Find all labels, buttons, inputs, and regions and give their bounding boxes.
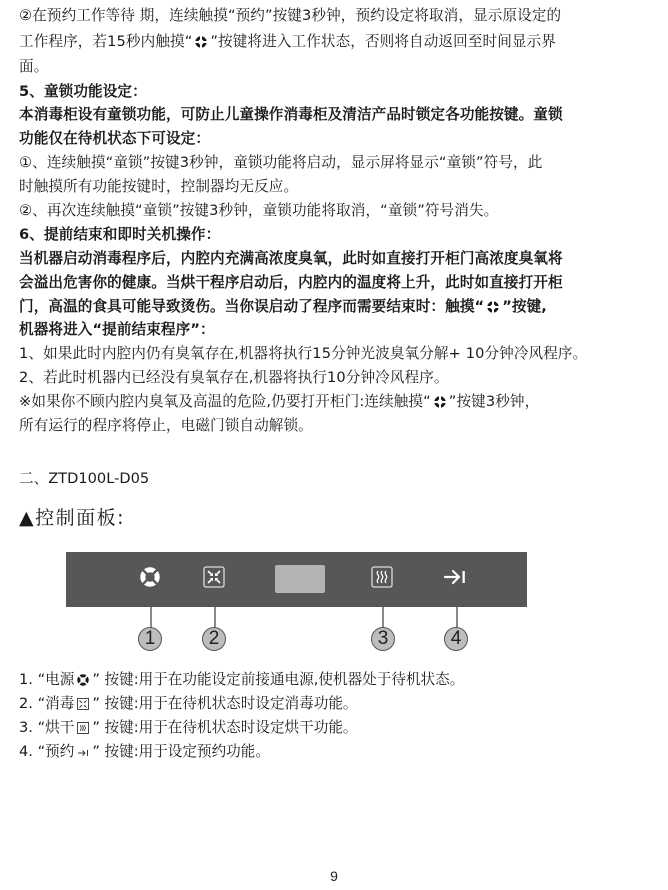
- power-ring-icon: [195, 36, 207, 48]
- arrow-to-bar-icon: [77, 748, 89, 758]
- text-segment: 1. “电源: [19, 671, 74, 688]
- text-line: 会溢出危害你的健康。当烘干程序启动后，内腔内的温度将上升，此时如直接打开柜: [19, 273, 563, 293]
- text-segment: 工作程序，若15秒内触摸“: [19, 33, 192, 50]
- reserve-button[interactable]: [442, 566, 468, 592]
- text-segment: ”按键将进入工作状态，否则将自动返回至时间显示界: [210, 33, 556, 50]
- description-disinfect: 2. “消毒” 按键:用于在待机状态时设定消毒功能。: [19, 694, 358, 714]
- text-line: 门，高温的食具可能导致烫伤。当你误启动了程序而需要结束时：触摸“”按键,: [19, 297, 547, 317]
- disinfect-button[interactable]: [201, 566, 227, 592]
- callout-2: 2: [202, 627, 226, 651]
- text-segment: ” 按键:用于设定预约功能。: [92, 743, 270, 760]
- power-button[interactable]: [137, 566, 163, 592]
- panel-title: ▲控制面板:: [19, 505, 125, 531]
- text-segment: 门，高温的食具可能导致烫伤。当你误启动了程序而需要结束时：触摸“: [19, 298, 484, 315]
- heat-waves-icon: [77, 722, 89, 734]
- leader-line: [456, 607, 458, 628]
- power-ring-icon: [434, 396, 446, 408]
- leader-line: [214, 607, 216, 628]
- arrow-to-bar-icon: [443, 567, 467, 591]
- leader-line: [150, 607, 152, 628]
- text-line: 面。: [19, 57, 48, 77]
- text-segment: ※如果你不顾内腔内臭氧及高温的危险,仍要打开柜门:连续触摸“: [19, 393, 431, 410]
- text-line: 2、若此时机器内已经没有臭氧存在,机器将执行10分钟冷风程序。: [19, 368, 449, 388]
- leader-line: [382, 607, 384, 628]
- power-ring-icon: [487, 301, 499, 313]
- dry-button[interactable]: [369, 566, 395, 592]
- model-heading: 二、ZTD100L-D05: [19, 469, 149, 489]
- text-line: 工作程序，若15秒内触摸“”按键将进入工作状态，否则将自动返回至时间显示界: [19, 32, 556, 52]
- manual-page: ②在预约工作等待 期，连续触摸“预约”按键3秒钟，预约设定将取消，显示原设定的 …: [0, 0, 668, 890]
- text-line: 本消毒柜设有童锁功能，可防止儿童操作消毒柜及清洁产品时锁定各功能按键。童锁: [19, 105, 563, 125]
- power-ring-icon: [77, 674, 89, 686]
- text-segment: 4. “预约: [19, 743, 74, 760]
- page-number: 9: [0, 868, 668, 884]
- description-dry: 3. “烘干” 按键:用于在待机状态时设定烘干功能。: [19, 718, 358, 738]
- callout-3: 3: [371, 627, 395, 651]
- text-segment: 3. “烘干: [19, 719, 74, 736]
- text-line: 所有运行的程序将停止，电磁门锁自动解锁。: [19, 416, 313, 436]
- text-line: 1、如果此时内腔内仍有臭氧存在,机器将执行15分钟光波臭氧分解+ 10分钟冷风程…: [19, 344, 587, 364]
- text-line: ※如果你不顾内腔内臭氧及高温的危险,仍要打开柜门:连续触摸“”按键3秒钟，: [19, 392, 539, 412]
- text-line: ②、再次连续触摸“童锁”按键3秒钟，童锁功能将取消，“童锁”符号消失。: [19, 201, 498, 221]
- text-segment: ” 按键:用于在功能设定前接通电源,使机器处于待机状态。: [92, 671, 464, 688]
- text-segment: 2. “消毒: [19, 695, 74, 712]
- disinfect-arrows-icon: [203, 566, 225, 592]
- text-segment: ”按键,: [502, 298, 547, 315]
- description-power: 1. “电源” 按键:用于在功能设定前接通电源,使机器处于待机状态。: [19, 670, 464, 690]
- text-segment: ” 按键:用于在待机状态时设定烘干功能。: [92, 719, 357, 736]
- text-line: ①、连续触摸“童锁”按键3秒钟，童锁功能将启动，显示屏将显示“童锁”符号，此: [19, 153, 542, 173]
- power-ring-icon: [139, 566, 161, 592]
- callout-1: 1: [138, 627, 162, 651]
- callout-4: 4: [444, 627, 468, 651]
- display-window: [275, 565, 325, 593]
- text-line: 功能仅在待机状态下可设定：: [19, 129, 210, 149]
- section-heading: 6、提前结束和即时关机操作：: [19, 225, 220, 245]
- control-panel: [66, 552, 527, 607]
- heat-waves-icon: [371, 566, 393, 592]
- text-line: 机器将进入“提前结束程序”：: [19, 320, 215, 340]
- section-heading: 5、童锁功能设定：: [19, 82, 147, 102]
- description-reserve: 4. “预约” 按键:用于设定预约功能。: [19, 742, 270, 762]
- text-segment: ”按键3秒钟，: [449, 393, 540, 410]
- text-line: ②在预约工作等待 期，连续触摸“预约”按键3秒钟，预约设定将取消，显示原设定的: [19, 6, 561, 26]
- text-line: 当机器启动消毒程序后，内腔内充满高浓度臭氧，此时如直接打开柜门高浓度臭氧将: [19, 249, 563, 269]
- disinfect-arrows-icon: [77, 698, 89, 710]
- text-line: 时触摸所有功能按键时，控制器均无反应。: [19, 177, 298, 197]
- text-segment: ” 按键:用于在待机状态时设定消毒功能。: [92, 695, 357, 712]
